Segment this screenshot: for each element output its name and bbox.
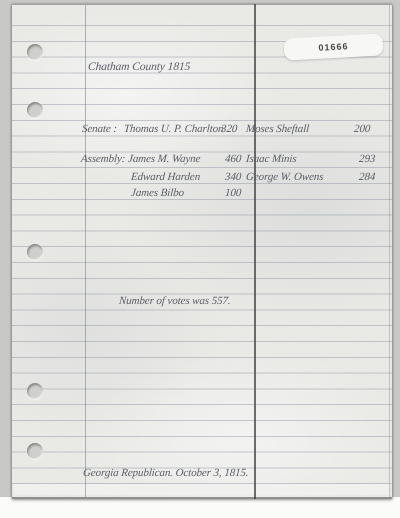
- candidate-name: Thomas U. P. Charlton: [124, 123, 224, 135]
- hole-punch: [27, 102, 43, 118]
- right-edge-line: [389, 5, 390, 497]
- office-label: Senate :: [82, 123, 118, 135]
- candidate-name: James M. Wayne: [128, 153, 201, 165]
- vote-count: 320: [221, 123, 238, 135]
- vote-total-note: Number of votes was 557.: [119, 295, 231, 307]
- candidate-name: Edward Harden: [131, 171, 201, 183]
- source-citation: Georgia Republican. October 3, 1815.: [83, 467, 249, 479]
- vote-count: 460: [225, 153, 242, 165]
- vote-count: 293: [359, 153, 376, 165]
- office-label: Assembly:: [81, 153, 126, 165]
- candidate-name: Isaac Minis: [246, 153, 297, 165]
- vote-count: 200: [354, 123, 371, 135]
- left-margin-line: [85, 5, 86, 497]
- hole-punch: [27, 443, 43, 459]
- binding-spine-line: [254, 4, 256, 499]
- ruled-lines: [12, 25, 392, 491]
- hole-punch: [27, 244, 43, 260]
- vote-count: 100: [225, 187, 242, 199]
- hole-punch: [27, 383, 43, 399]
- candidate-name: Moses Sheftall: [246, 123, 310, 135]
- scanner-background-bottom: [0, 497, 400, 518]
- hole-punch: [27, 44, 43, 60]
- candidate-name: James Bilbo: [131, 187, 185, 199]
- catalog-number: 01666: [318, 41, 349, 53]
- vote-count: 340: [225, 171, 242, 183]
- candidate-name: George W. Owens: [246, 171, 324, 183]
- scanned-page: 01666 Chatham County 1815 Senate : Thoma…: [12, 4, 392, 499]
- vote-count: 284: [359, 171, 376, 183]
- bottom-edge-band: [14, 484, 390, 495]
- page-heading: Chatham County 1815: [88, 61, 191, 73]
